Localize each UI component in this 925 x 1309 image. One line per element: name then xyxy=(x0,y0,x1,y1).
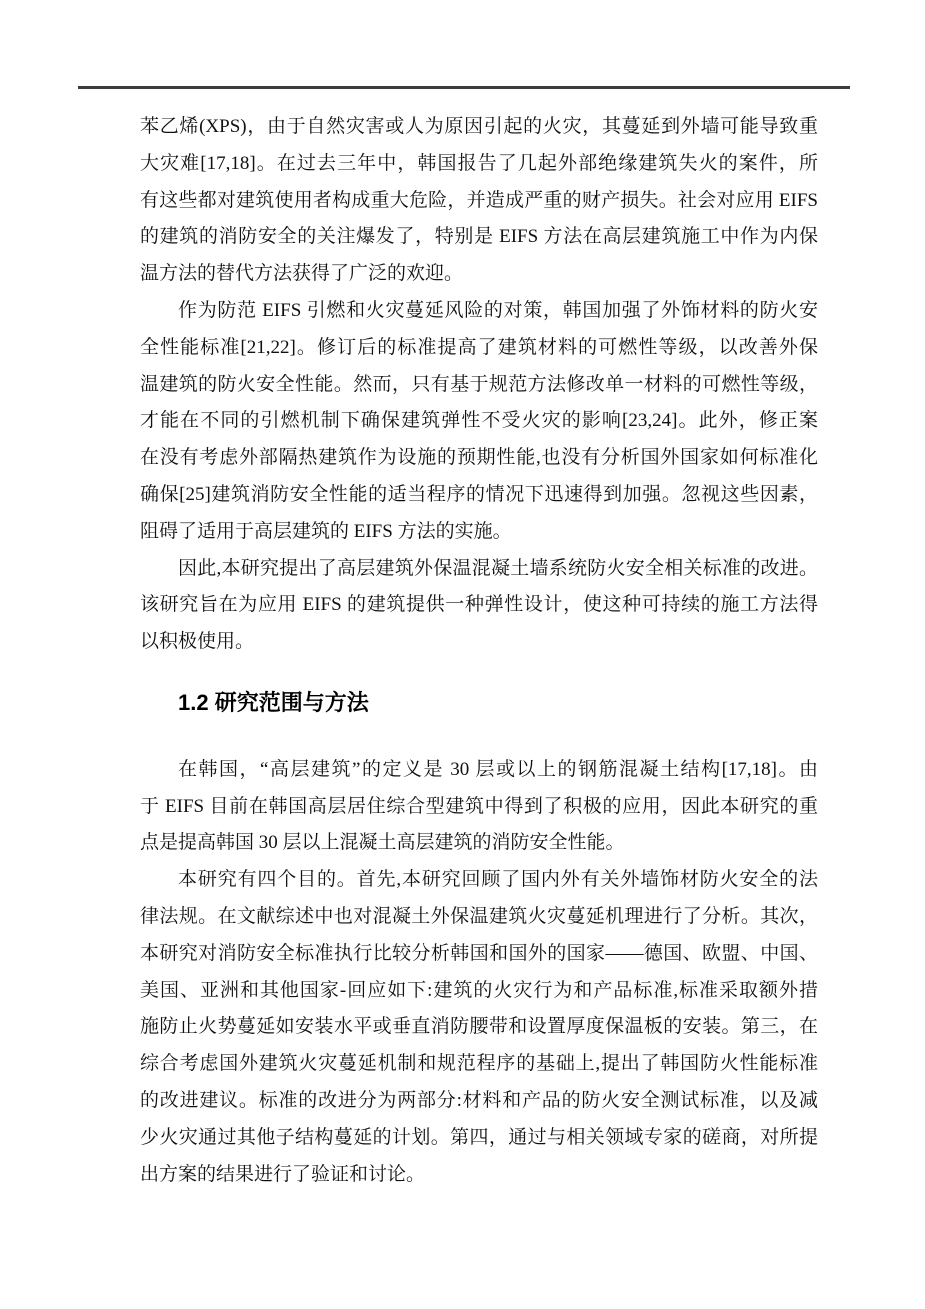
text-line: 在韩国，“高层建筑”的定义是 30 层或以上的钢筋混凝土结构[17,18]。由 xyxy=(140,752,818,789)
text-line: 本研究有四个目的。首先,本研究回顾了国内外有关外墙饰材防火安全的法 xyxy=(140,862,818,899)
header-rule xyxy=(78,86,850,89)
text-line: 才能在不同的引燃机制下确保建筑弹性不受火灾的影响[23,24]。此外，修正案 xyxy=(140,403,818,440)
document-page: 苯乙烯(XPS)，由于自然灾害或人为原因引起的火灾，其蔓延到外墙可能导致重大灾难… xyxy=(0,0,925,1309)
text-line: 在没有考虑外部隔热建筑作为设施的预期性能,也没有分析国外国家如何标准化 xyxy=(140,440,818,477)
text-line: 的建筑的消防安全的关注爆发了，特别是 EIFS 方法在高层建筑施工中作为内保 xyxy=(140,219,818,256)
text-line: 作为防范 EIFS 引燃和火灾蔓延风险的对策，韩国加强了外饰材料的防火安 xyxy=(140,293,818,330)
text-line: 该研究旨在为应用 EIFS 的建筑提供一种弹性设计，使这种可持续的施工方法得 xyxy=(140,587,818,624)
text-line: 阻碍了适用于高层建筑的 EIFS 方法的实施。 xyxy=(140,514,818,551)
text-line: 有这些都对建筑使用者构成重大危险，并造成严重的财产损失。社会对应用 EIFS xyxy=(140,183,818,220)
text-line: 少火灾通过其他子结构蔓延的计划。第四，通过与相关领域专家的磋商，对所提 xyxy=(140,1120,818,1157)
text-line: 出方案的结果进行了验证和讨论。 xyxy=(140,1157,818,1194)
text-line: 全性能标准[21,22]。修订后的标准提高了建筑材料的可燃性等级，以改善外保 xyxy=(140,330,818,367)
text-line: 本研究对消防安全标准执行比较分析韩国和国外的国家——德国、欧盟、中国、 xyxy=(140,936,818,973)
paragraph: 作为防范 EIFS 引燃和火灾蔓延风险的对策，韩国加强了外饰材料的防火安全性能标… xyxy=(140,293,818,551)
text-line: 确保[25]建筑消防安全性能的适当程序的情况下迅速得到加强。忽视这些因素， xyxy=(140,477,818,514)
section-heading: 1.2 研究范围与方法 xyxy=(140,685,818,722)
paragraph: 因此,本研究提出了高层建筑外保温混凝土墙系统防火安全相关标准的改进。该研究旨在为… xyxy=(140,551,818,661)
paragraph: 苯乙烯(XPS)，由于自然灾害或人为原因引起的火灾，其蔓延到外墙可能导致重大灾难… xyxy=(140,109,818,293)
document-body: 苯乙烯(XPS)，由于自然灾害或人为原因引起的火灾，其蔓延到外墙可能导致重大灾难… xyxy=(140,109,818,1193)
text-line: 以积极使用。 xyxy=(140,624,818,661)
text-line: 温方法的替代方法获得了广泛的欢迎。 xyxy=(140,256,818,293)
text-line: 点是提高韩国 30 层以上混凝土高层建筑的消防安全性能。 xyxy=(140,825,818,862)
text-line: 美国、亚洲和其他国家-回应如下:建筑的火灾行为和产品标准,标准采取额外措 xyxy=(140,973,818,1010)
text-line: 大灾难[17,18]。在过去三年中，韩国报告了几起外部绝缘建筑失火的案件，所 xyxy=(140,146,818,183)
text-line: 苯乙烯(XPS)，由于自然灾害或人为原因引起的火灾，其蔓延到外墙可能导致重 xyxy=(140,109,818,146)
text-line: 的改进建议。标准的改进分为两部分:材料和产品的防火安全测试标准，以及减 xyxy=(140,1083,818,1120)
text-line: 综合考虑国外建筑火灾蔓延机制和规范程序的基础上,提出了韩国防火性能标准 xyxy=(140,1046,818,1083)
text-line: 因此,本研究提出了高层建筑外保温混凝土墙系统防火安全相关标准的改进。 xyxy=(140,551,818,588)
text-line: 施防止火势蔓延如安装水平或垂直消防腰带和设置厚度保温板的安装。第三，在 xyxy=(140,1009,818,1046)
paragraph: 本研究有四个目的。首先,本研究回顾了国内外有关外墙饰材防火安全的法律法规。在文献… xyxy=(140,862,818,1193)
paragraph: 在韩国，“高层建筑”的定义是 30 层或以上的钢筋混凝土结构[17,18]。由于… xyxy=(140,752,818,862)
text-line: 于 EIFS 目前在韩国高层居住综合型建筑中得到了积极的应用，因此本研究的重 xyxy=(140,789,818,826)
text-line: 律法规。在文献综述中也对混凝土外保温建筑火灾蔓延机理进行了分析。其次， xyxy=(140,899,818,936)
text-line: 温建筑的防火安全性能。然而，只有基于规范方法修改单一材料的可燃性等级， xyxy=(140,367,818,404)
